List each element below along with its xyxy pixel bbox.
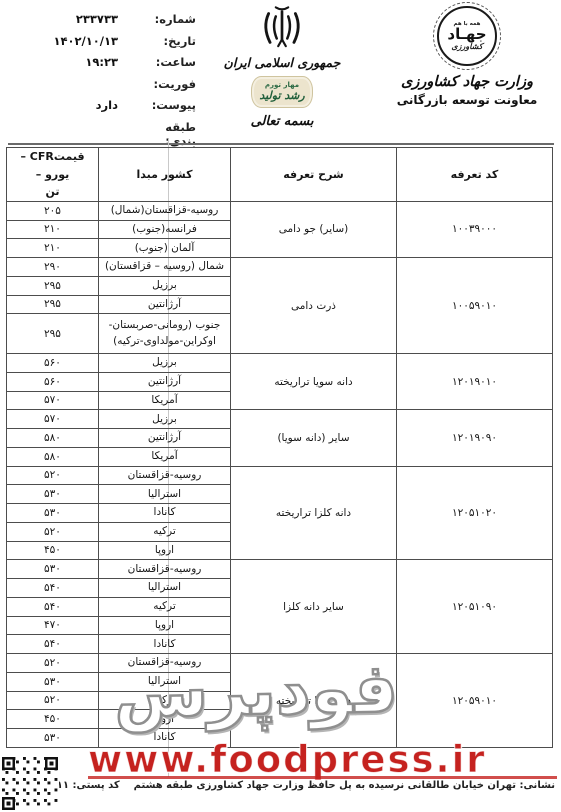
price-cell: ۵۶۰ [7,354,99,373]
letterhead-right: همه با هم جهـاد کشاورزی وزارت جهاد کشاور… [387,4,547,107]
field-label: تاریخ: [132,34,196,48]
field-label: پیوست: [132,98,196,112]
qr-code [1,756,59,812]
price-cell: ۲۹۰ [7,258,99,277]
price-cell: ۵۳۰ [7,485,99,504]
price-cell: ۵۳۰ [7,504,99,523]
ministry-title: وزارت جهاد کشاورزی [387,74,547,90]
postal-label: کد پستی: [72,780,119,791]
tariff-description-cell: (سایر) جو دامی [231,201,397,257]
country-title: جمهوری اسلامی ایران [212,55,352,70]
table-row: ۱۲۰۵۱۰۹۰سایر دانه کلزاروسیه-قزاقستان۵۳۰ [7,560,553,579]
origin-cell: ترکیه [99,522,231,541]
origin-cell: برزیل [99,410,231,429]
price-cell: ۵۲۰ [7,466,99,485]
origin-cell: استرالیا [99,672,231,691]
table-row: ۱۰۰۵۹۰۱۰ذرت دامیشمال (روسیه – قزاقستان)۲… [7,258,553,277]
price-cell: ۵۴۰ [7,597,99,616]
letterhead: شماره:۲۳۳۷۳۳تاریخ:۱۴۰۲/۱۰/۱۳ساعت:۱۹:۲۳فو… [0,0,561,143]
iran-emblem-icon [259,4,305,50]
tariff-table: کد تعرفه شرح تعرفه کشور مبدا قیمتCFR – ی… [6,147,553,748]
origin-cell: روسیه-قزاقستان [99,654,231,673]
slogan-line1: مهار تورم [254,81,310,89]
price-cell: ۲۱۰ [7,220,99,239]
tariff-description-cell: سایر (دانه سویا) [231,410,397,466]
meta-field-row: فوریت: [8,77,196,99]
header-cfr-price: قیمتCFR – یورو – تن [7,148,99,202]
price-cell: ۵۸۰ [7,447,99,466]
meta-field-row: ساعت:۱۹:۲۳ [8,55,196,77]
letterhead-center: جمهوری اسلامی ایران مهار تورم رشد تولید … [212,4,352,129]
header-price-line1: قیمتCFR – یورو – [10,148,95,183]
field-label: شماره: [132,12,196,26]
origin-cell: برزیل [99,276,231,295]
origin-cell: اروپا [99,710,231,729]
price-cell: ۵۴۰ [7,579,99,598]
price-cell: ۵۳۰ [7,672,99,691]
price-cell: ۵۳۰ [7,560,99,579]
price-cell: ۲۹۵ [7,295,99,314]
watermark-underline [88,776,557,779]
origin-cell: آمریکا [99,447,231,466]
tariff-description-cell: ذرت دامی [231,258,397,354]
scanned-letter-page: { "letterhead": { "fields": [ { "label":… [0,0,561,812]
origin-cell: ترکیه [99,691,231,710]
origin-cell: آرژانتین [99,295,231,314]
price-cell: ۵۳۰ [7,729,99,748]
jahad-keshavarzi-seal-icon: همه با هم جهـاد کشاورزی [437,6,497,66]
header-tariff-description: شرح تعرفه [231,148,397,202]
price-cell: ۵۷۰ [7,410,99,429]
table-row: ۱۲۰۱۹۰۱۰دانه سویا تراریختهبرزیل۵۶۰ [7,354,553,373]
origin-cell: آرژانتین [99,429,231,448]
table-row: ۱۲۰۵۱۰۲۰دانه کلزا تراریختهروسیه-قزاقستان… [7,466,553,485]
price-cell: ۵۲۰ [7,522,99,541]
letter-meta-fields: شماره:۲۳۳۷۳۳تاریخ:۱۴۰۲/۱۰/۱۳ساعت:۱۹:۲۳فو… [8,12,196,141]
origin-cell: کانادا [99,504,231,523]
origin-cell: استرالیا [99,579,231,598]
tariff-code-cell: ۱۰۰۵۹۰۱۰ [397,258,553,354]
meta-field-row: پیوست:دارد [8,98,196,120]
meta-field-row: طبقه بندی: [8,120,196,142]
origin-cell: ترکیه [99,597,231,616]
origin-cell: استرالیا [99,485,231,504]
table-row: ۱۰۰۳۹۰۰۰(سایر) جو دامیروسیه-قزاقستان(شما… [7,201,553,220]
origin-cell: روسیه-قزاقستان [99,466,231,485]
letterhead-divider [8,143,554,145]
bismillah-calligraphy: بسمه تعالی [212,114,352,129]
tariff-description-cell: دانه سویا تراریخته [231,354,397,410]
seal-sub-text: کشاورزی [451,42,482,51]
table-row: ۱۲۰۵۹۰۱۰دانه کلزا تراریختهروسیه-قزاقستان… [7,654,553,673]
table-header-row: کد تعرفه شرح تعرفه کشور مبدا قیمتCFR – ی… [7,148,553,202]
price-cell: ۵۶۰ [7,372,99,391]
header-origin-country: کشور مبدا [99,148,231,202]
origin-cell: شمال (روسیه – قزاقستان) [99,258,231,277]
price-cell: ۲۰۵ [7,201,99,220]
origin-cell: آمریکا [99,391,231,410]
field-label: ساعت: [132,55,196,69]
price-cell: ۵۴۰ [7,635,99,654]
origin-cell: اروپا [99,616,231,635]
tariff-description-cell: سایر دانه کلزا [231,560,397,654]
footer-address: نشانی: تهران خیابان طالقانی نرسیده به پل… [134,780,555,791]
price-cell: ۵۲۰ [7,691,99,710]
price-cell: ۲۱۰ [7,239,99,258]
seal-main-text: جهـاد [447,27,486,43]
price-cell: ۵۷۰ [7,391,99,410]
tariff-code-cell: ۱۲۰۵۹۰۱۰ [397,654,553,748]
field-value: ۱۹:۲۳ [85,55,118,69]
origin-cell: برزیل [99,354,231,373]
foodpress-url-watermark: www.foodpress.ir [88,741,460,778]
meta-field-row: شماره:۲۳۳۷۳۳ [8,12,196,34]
price-cell: ۵۲۰ [7,654,99,673]
tariff-code-cell: ۱۲۰۱۹۰۱۰ [397,354,553,410]
tariff-code-cell: ۱۲۰۵۱۰۲۰ [397,466,553,560]
header-tariff-code: کد تعرفه [397,148,553,202]
table-row: ۱۲۰۱۹۰۹۰سایر (دانه سویا)برزیل۵۷۰ [7,410,553,429]
tariff-description-cell: دانه کلزا تراریخته [231,654,397,748]
field-value: ۲۳۳۷۳۳ [76,12,118,26]
price-cell: ۴۷۰ [7,616,99,635]
price-cell: ۲۹۵ [7,314,99,354]
price-cell: ۵۸۰ [7,429,99,448]
origin-cell: آلمان (جنوب) [99,239,231,258]
field-label: فوریت: [132,77,196,91]
origin-cell: آرژانتین [99,372,231,391]
tariff-code-cell: ۱۲۰۵۱۰۹۰ [397,560,553,654]
origin-cell: روسیه-قزاقستان(شمال) [99,201,231,220]
footer-address-line: نشانی: تهران خیابان طالقانی نرسیده به پل… [60,780,555,791]
origin-cell: کانادا [99,635,231,654]
price-cell: ۲۹۵ [7,276,99,295]
tariff-code-cell: ۱۰۰۳۹۰۰۰ [397,201,553,257]
origin-cell: روسیه-قزاقستان [99,560,231,579]
seal-top-text: همه با هم [454,21,481,27]
deputy-title: معاونت توسعه بازرگانی [387,93,547,107]
tariff-description-cell: دانه کلزا تراریخته [231,466,397,560]
meta-field-row: تاریخ:۱۴۰۲/۱۰/۱۳ [8,34,196,56]
header-price-line2: تن [10,183,95,201]
field-value: ۱۴۰۲/۱۰/۱۳ [53,34,118,48]
origin-cell: فرانسه(جنوب) [99,220,231,239]
tariff-code-cell: ۱۲۰۱۹۰۹۰ [397,410,553,466]
year-slogan-stamp: مهار تورم رشد تولید [251,76,313,108]
field-value: دارد [96,98,118,112]
slogan-line2: رشد تولید [254,89,310,102]
price-cell: ۴۵۰ [7,710,99,729]
origin-cell: اروپا [99,541,231,560]
price-cell: ۴۵۰ [7,541,99,560]
origin-cell: جنوب (رومانی-صربستان-اوکراین-مولداوی-ترک… [99,314,231,354]
